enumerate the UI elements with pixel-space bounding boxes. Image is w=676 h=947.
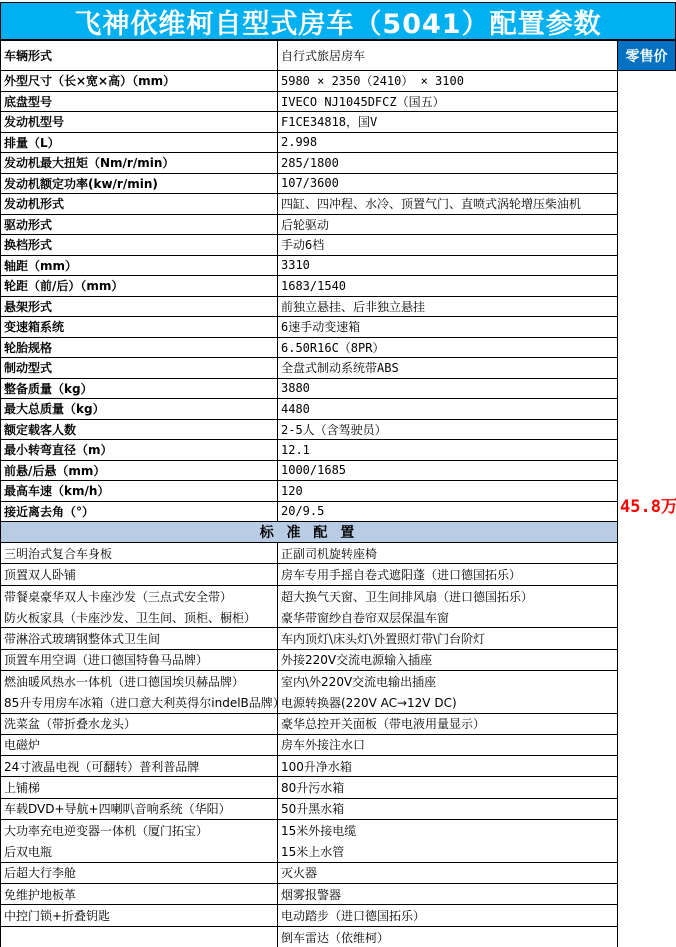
config-item-left: 上铺梯: [1, 777, 278, 797]
spec-table-row: 额定载客人数2-5人（含驾驶员）: [1, 420, 617, 441]
spec-table-row: 前悬/后悬（mm）1000/1685: [1, 461, 617, 482]
spec-table-row: 轮胎规格6.50R16C（8PR）: [1, 338, 617, 359]
spec-table: 车辆形式自行式旅居房车外型尺寸（长×宽×高）（mm）5980 × 2350（24…: [0, 40, 618, 947]
spec-label: 发动机型号: [1, 112, 278, 132]
config-table-row: 顶置双人卧铺房车专用手摇自卷式遮阳蓬（进口德国拓乐）: [1, 564, 617, 585]
config-item-left: 中控门锁+折叠钥匙: [1, 905, 278, 925]
config-item-left: 大功率充电逆变器一体机（厦门拓宝）: [1, 820, 278, 841]
config-item-right: 80升污水箱: [278, 777, 617, 797]
spec-section: 车辆形式自行式旅居房车外型尺寸（长×宽×高）（mm）5980 × 2350（24…: [1, 41, 617, 522]
spec-label: 轴距（mm）: [1, 256, 278, 276]
spec-label: 排量（L）: [1, 133, 278, 153]
spec-label: 整备质量（kg）: [1, 379, 278, 399]
config-table-row: 洗菜盆（带折叠水龙头）豪华总控开关面板（带电液用量显示）: [1, 714, 617, 735]
spec-value: 后轮驱动: [278, 215, 617, 235]
spec-table-row: 发动机额定功率(kw/r/min)107/3600: [1, 174, 617, 195]
spec-label: 轮胎规格: [1, 338, 278, 358]
spec-label: 制动型式: [1, 358, 278, 378]
spec-value: F1CE34818，国V: [278, 112, 617, 132]
config-table-row: 带餐桌豪华双人卡座沙发（三点式安全带）超大换气天窗、卫生间排风扇（进口德国拓乐）: [1, 586, 617, 607]
config-table-row: 85升专用房车冰箱（进口意大利英得尔indelB品牌）电源转换器(220V AC…: [1, 692, 617, 713]
spec-table-row: 悬架形式前独立悬挂、后非独立悬挂: [1, 297, 617, 318]
config-item-right: 50升黑水箱: [278, 799, 617, 819]
spec-table-row: 发动机最大扭矩（Nm/r/min）285/1800: [1, 153, 617, 174]
spec-table-row: 驱动形式后轮驱动: [1, 215, 617, 236]
config-table-row: 防火板家具（卡座沙发、卫生间、顶柜、橱柜）豪华带窗纱自卷帘双层保温车窗: [1, 607, 617, 628]
spec-table-row: 整备质量（kg）3880: [1, 379, 617, 400]
spec-value: 全盘式制动系统带ABS: [278, 358, 617, 378]
spec-table-row: 排量（L）2.998: [1, 133, 617, 154]
config-item-right: 正副司机旋转座椅: [278, 543, 617, 563]
spec-value: 前独立悬挂、后非独立悬挂: [278, 297, 617, 317]
spec-table-row: 最大总质量（kg）4480: [1, 399, 617, 420]
config-item-right: 房车专用手摇自卷式遮阳蓬（进口德国拓乐）: [278, 564, 617, 584]
config-item-left: 燃油暖风热水一体机（进口德国埃贝赫品牌）: [1, 671, 278, 692]
config-table-row: 免维护地板革烟雾报警器: [1, 884, 617, 905]
config-item-left: 后双电瓶: [1, 841, 278, 861]
spec-value: 12.1: [278, 440, 617, 460]
config-table-row: 后双电瓶15米上水管: [1, 841, 617, 862]
spec-label: 发动机额定功率(kw/r/min): [1, 174, 278, 194]
config-item-left: 洗菜盆（带折叠水龙头）: [1, 714, 278, 734]
spec-table-row: 轴距（mm）3310: [1, 256, 617, 277]
spec-value: 3880: [278, 379, 617, 399]
spec-table-row: 外型尺寸（长×宽×高）（mm）5980 × 2350（2410） × 3100: [1, 71, 617, 92]
spec-label: 车辆形式: [1, 41, 278, 70]
config-item-left: 防火板家具（卡座沙发、卫生间、顶柜、橱柜）: [1, 607, 278, 627]
spec-label: 发动机形式: [1, 194, 278, 214]
spec-label: 最大总质量（kg）: [1, 399, 278, 419]
config-item-right: 超大换气天窗、卫生间排风扇（进口德国拓乐）: [278, 586, 617, 607]
spec-label: 换档形式: [1, 235, 278, 255]
config-item-left: 顶置双人卧铺: [1, 564, 278, 584]
spec-table-row: 轮距（前/后）（mm）1683/1540: [1, 276, 617, 297]
spec-table-row: 变速箱系统6速手动变速箱: [1, 317, 617, 338]
config-item-right: 豪华带窗纱自卷帘双层保温车窗: [278, 607, 617, 627]
spec-label: 接近离去角（°）: [1, 502, 278, 522]
config-item-right: 车内顶灯\床头灯\外置照灯带\门台阶灯: [278, 628, 617, 648]
config-section: 三明治式复合车身板正副司机旋转座椅顶置双人卧铺房车专用手摇自卷式遮阳蓬（进口德国…: [1, 543, 617, 947]
spec-table-row: 制动型式全盘式制动系统带ABS: [1, 358, 617, 379]
config-item-right: 电源转换器(220V AC→12V DC): [278, 692, 617, 712]
config-table-row: 后超大行李舱灭火器: [1, 863, 617, 884]
config-item-left: 带淋浴式玻璃钢整体式卫生间: [1, 628, 278, 648]
spec-value: 2-5人（含驾驶员）: [278, 420, 617, 440]
spec-label: 最小转弯直径（m）: [1, 440, 278, 460]
spec-sheet-page: 飞神依维柯自型式房车（5041）配置参数 车辆形式自行式旅居房车外型尺寸（长×宽…: [0, 0, 676, 947]
config-item-left: 带餐桌豪华双人卡座沙发（三点式安全带）: [1, 586, 278, 607]
config-item-right: 100升净水箱: [278, 756, 617, 776]
retail-price-header: 零售价: [618, 40, 676, 71]
spec-label: 驱动形式: [1, 215, 278, 235]
config-item-right: 15米外接电缆: [278, 820, 617, 841]
config-item-left: 24寸液晶电视（可翻转）普利普品牌: [1, 756, 278, 776]
config-table-row: 顶置车用空调（进口德国特鲁马品牌）外接220V交流电源输入插座: [1, 650, 617, 671]
retail-price-value: 45.8万: [620, 492, 676, 517]
spec-value: 6速手动变速箱: [278, 317, 617, 337]
config-table-row: 倒车雷达（依维柯）: [1, 927, 617, 947]
spec-value: 四缸、四冲程、水冷、顶置气门、直喷式涡轮增压柴油机: [278, 194, 617, 214]
config-item-right: 外接220V交流电源输入插座: [278, 650, 617, 670]
spec-label: 悬架形式: [1, 297, 278, 317]
spec-value: 20/9.5: [278, 502, 617, 522]
config-table-row: 中控门锁+折叠钥匙电动踏步（进口德国拓乐）: [1, 905, 617, 926]
config-item-left: [1, 927, 278, 947]
config-item-right: 室内\外220V交流电输出插座: [278, 671, 617, 692]
spec-table-row: 发动机型号F1CE34818，国V: [1, 112, 617, 133]
spec-value: 1000/1685: [278, 461, 617, 481]
spec-table-row: 底盘型号IVECO NJ1045DFCZ（国五）: [1, 92, 617, 113]
config-item-left: 三明治式复合车身板: [1, 543, 278, 563]
spec-table-row: 换档形式手动6档: [1, 235, 617, 256]
spec-label: 外型尺寸（长×宽×高）（mm）: [1, 71, 278, 91]
config-table-row: 车载DVD+导航+四喇叭音响系统（华阳）50升黑水箱: [1, 799, 617, 820]
spec-value: 285/1800: [278, 153, 617, 173]
spec-label: 底盘型号: [1, 92, 278, 112]
config-item-right: 烟雾报警器: [278, 884, 617, 904]
spec-value: 1683/1540: [278, 276, 617, 296]
config-item-left: 电磁炉: [1, 735, 278, 755]
config-item-left: 85升专用房车冰箱（进口意大利英得尔indelB品牌）: [1, 692, 278, 712]
spec-value: 2.998: [278, 133, 617, 153]
config-item-right: 灭火器: [278, 863, 617, 883]
spec-table-row: 最小转弯直径（m）12.1: [1, 440, 617, 461]
config-table-row: 三明治式复合车身板正副司机旋转座椅: [1, 543, 617, 564]
config-table-row: 24寸液晶电视（可翻转）普利普品牌100升净水箱: [1, 756, 617, 777]
config-table-row: 燃油暖风热水一体机（进口德国埃贝赫品牌）室内\外220V交流电输出插座: [1, 671, 617, 692]
config-item-right: 倒车雷达（依维柯）: [278, 927, 617, 947]
spec-table-row: 接近离去角（°）20/9.5: [1, 502, 617, 523]
spec-value: 5980 × 2350（2410） × 3100: [278, 71, 617, 91]
config-item-left: 顶置车用空调（进口德国特鲁马品牌）: [1, 650, 278, 670]
page-title: 飞神依维柯自型式房车（5041）配置参数: [0, 2, 676, 40]
content: 车辆形式自行式旅居房车外型尺寸（长×宽×高）（mm）5980 × 2350（24…: [0, 40, 676, 947]
spec-label: 前悬/后悬（mm）: [1, 461, 278, 481]
page-title-text: 飞神依维柯自型式房车（5041）配置参数: [74, 2, 601, 41]
config-item-right: 15米上水管: [278, 841, 617, 861]
config-item-right: 电动踏步（进口德国拓乐）: [278, 905, 617, 925]
spec-value: 4480: [278, 399, 617, 419]
section-header-standard-config: 标 准 配 置: [1, 522, 617, 543]
spec-value: IVECO NJ1045DFCZ（国五）: [278, 92, 617, 112]
spec-value: 120: [278, 481, 617, 501]
config-item-left: 车载DVD+导航+四喇叭音响系统（华阳）: [1, 799, 278, 819]
config-table-row: 大功率充电逆变器一体机（厦门拓宝）15米外接电缆: [1, 820, 617, 841]
config-table-row: 带淋浴式玻璃钢整体式卫生间车内顶灯\床头灯\外置照灯带\门台阶灯: [1, 628, 617, 649]
spec-label: 轮距（前/后）（mm）: [1, 276, 278, 296]
config-table-row: 上铺梯80升污水箱: [1, 777, 617, 798]
spec-value: 手动6档: [278, 235, 617, 255]
spec-table-row: 车辆形式自行式旅居房车: [1, 41, 617, 71]
spec-value: 107/3600: [278, 174, 617, 194]
spec-label: 额定载客人数: [1, 420, 278, 440]
config-item-right: 房车外接注水口: [278, 735, 617, 755]
config-item-left: 免维护地板革: [1, 884, 278, 904]
retail-price-header-text: 零售价: [626, 46, 668, 66]
spec-label: 最高车速（km/h）: [1, 481, 278, 501]
config-item-left: 后超大行李舱: [1, 863, 278, 883]
spec-value: 3310: [278, 256, 617, 276]
config-item-right: 豪华总控开关面板（带电液用量显示）: [278, 714, 617, 734]
spec-table-row: 最高车速（km/h）120: [1, 481, 617, 502]
spec-value: 自行式旅居房车: [278, 41, 617, 70]
price-column: 零售价 45.8万: [618, 40, 676, 947]
config-table-row: 电磁炉房车外接注水口: [1, 735, 617, 756]
spec-label: 发动机最大扭矩（Nm/r/min）: [1, 153, 278, 173]
spec-label: 变速箱系统: [1, 317, 278, 337]
spec-value: 6.50R16C（8PR）: [278, 338, 617, 358]
section-header-text: 标 准 配 置: [260, 522, 359, 542]
spec-table-row: 发动机形式四缸、四冲程、水冷、顶置气门、直喷式涡轮增压柴油机: [1, 194, 617, 215]
